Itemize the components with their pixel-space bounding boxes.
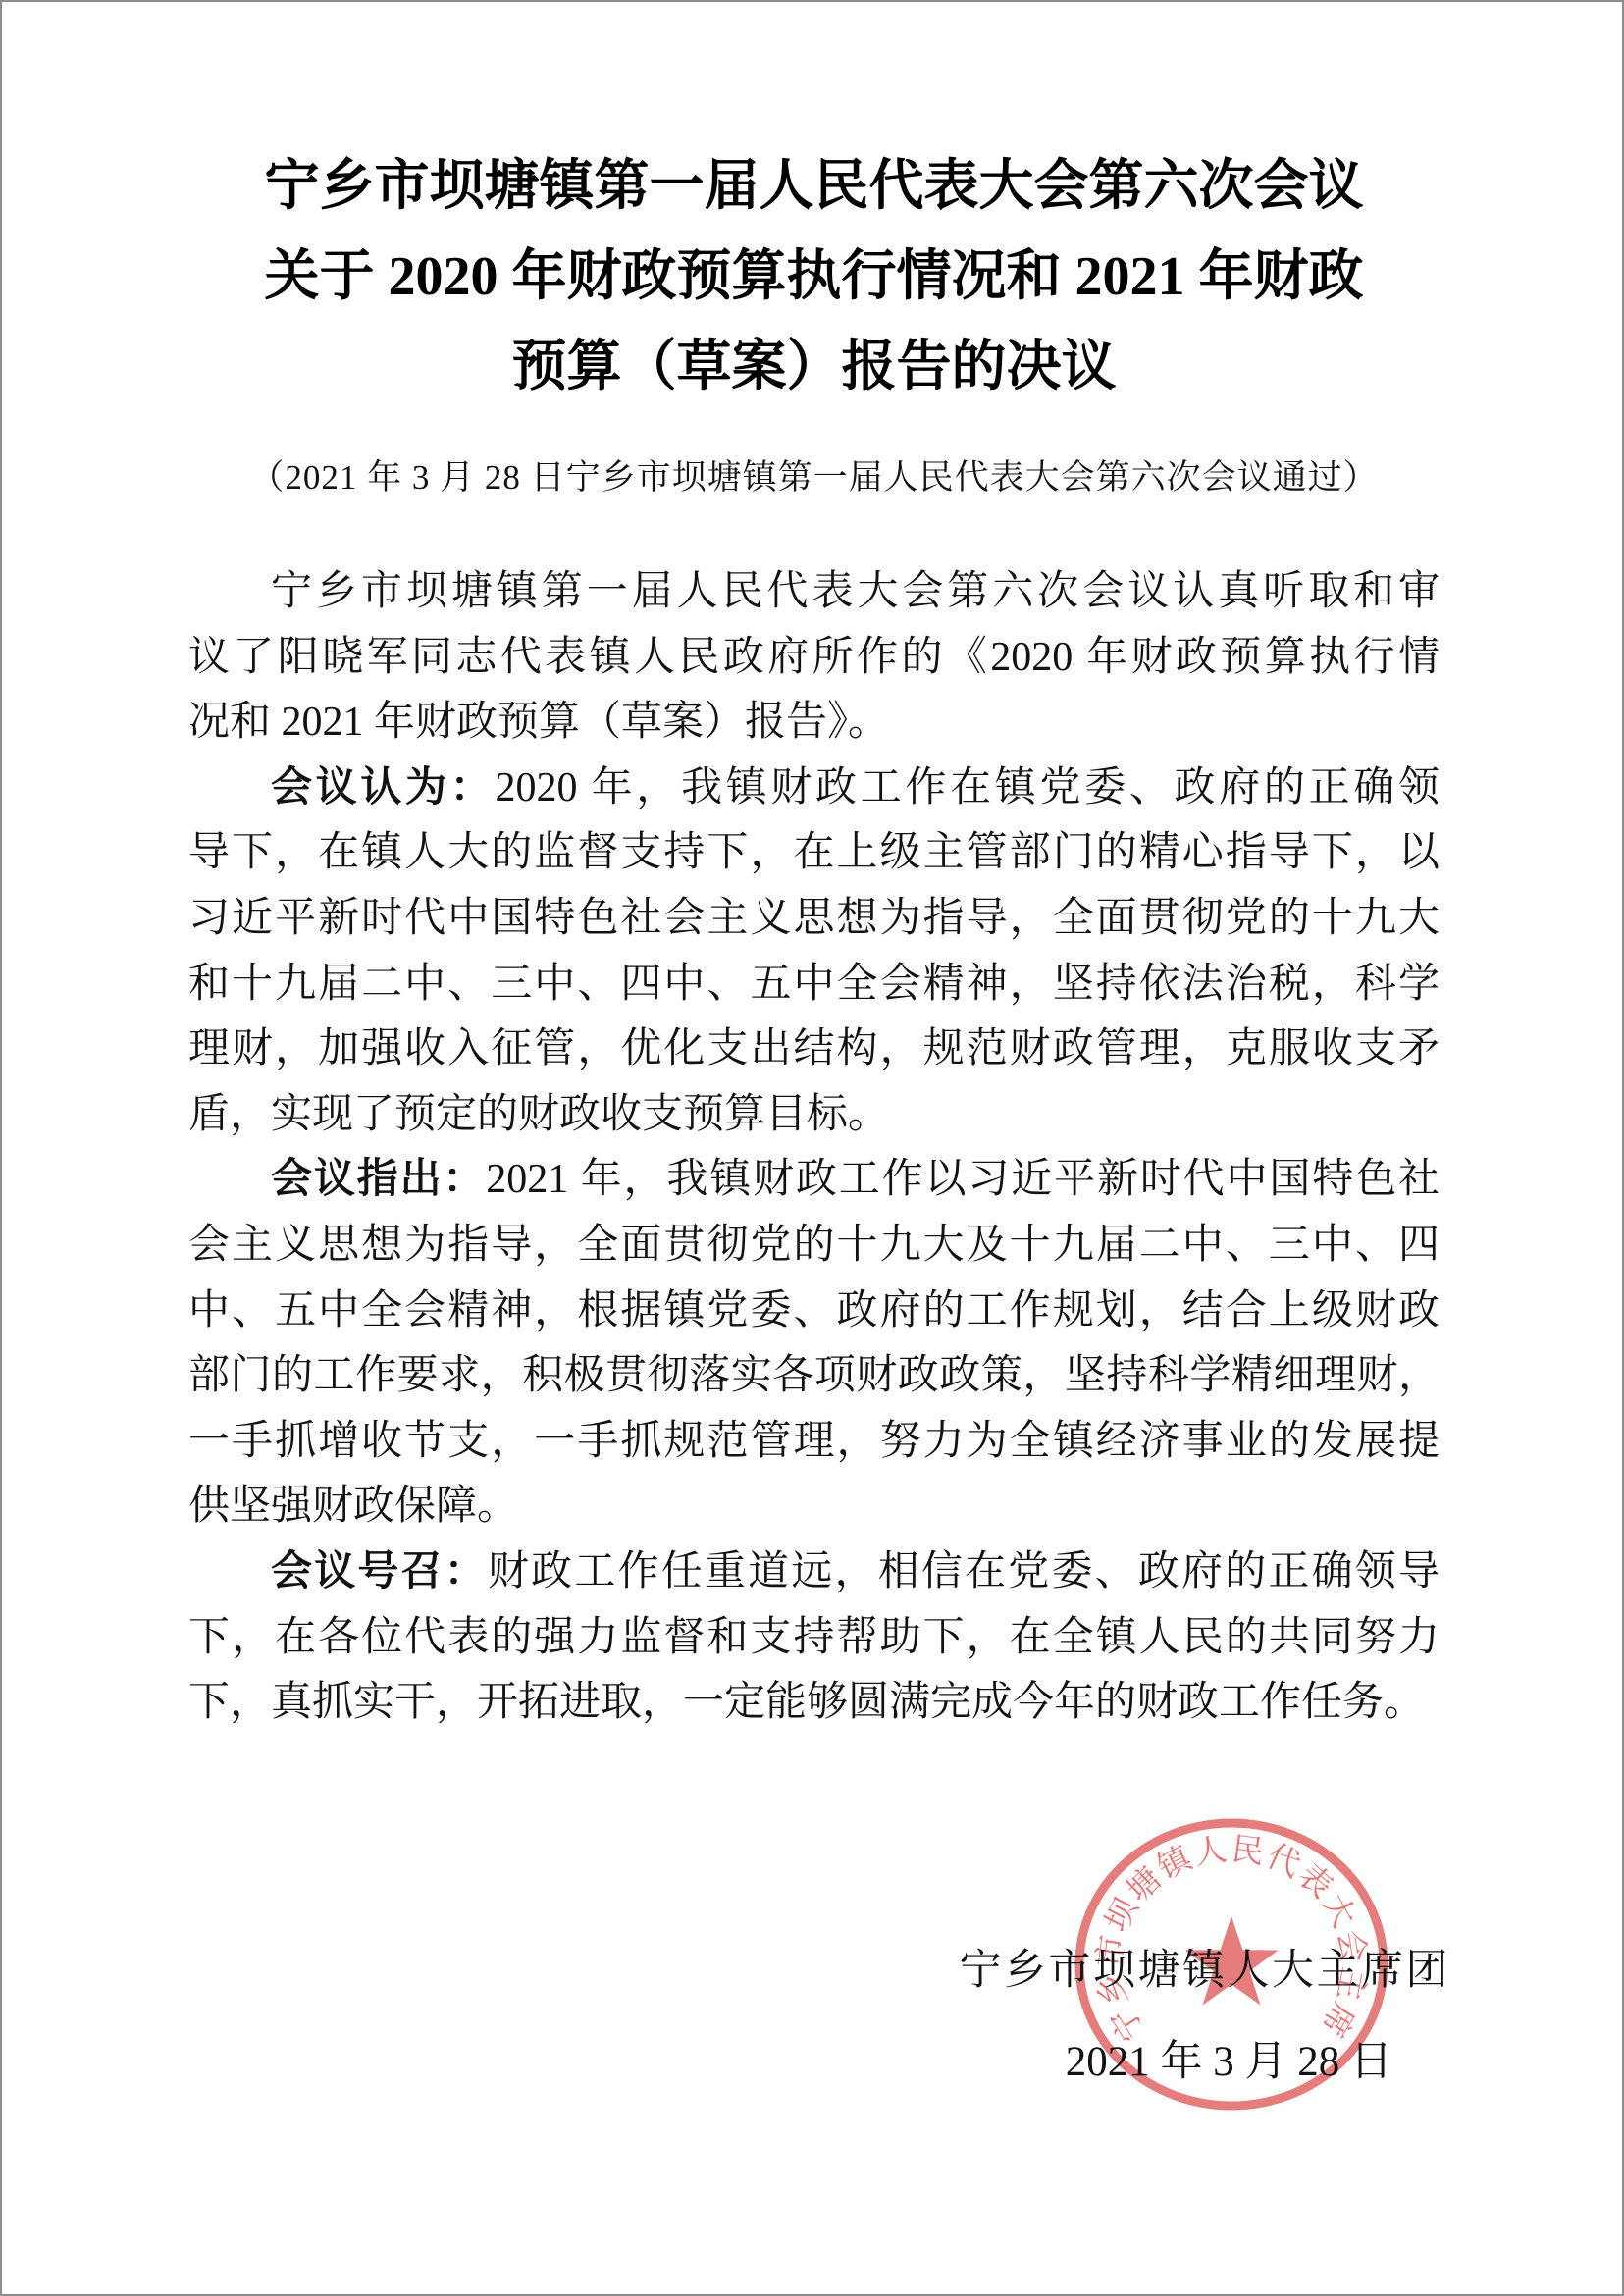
body-line: 一手抓增收节支，一手抓规范管理，努力为全镇经济事业的发展提 <box>188 1409 1440 1475</box>
svg-text:宁乡市坝塘镇人民代表大会主席团: 宁乡市坝塘镇人民代表大会主席团 <box>1074 1818 1372 2047</box>
paragraph-lead-zhichu: 会议指出： <box>271 1157 486 1202</box>
body-line: 导下，在镇人大的监督支持下，在上级主管部门的精心指导下，以 <box>188 820 1440 886</box>
body-line: 会主义思想为指导，全面贯彻党的十九大及十九届二中、三中、四 <box>188 1213 1440 1278</box>
subtitle: （2021 年 3 月 28 日宁乡市坝塘镇第一届人民代表大会第六次会议通过） <box>188 447 1440 507</box>
body-line: 下，真抓实干，开拓进取，一定能够圆满完成今年的财政工作任务。 <box>188 1670 1440 1736</box>
body-line-text: 2021 年，我镇财政工作以习近平新时代中国特色社 <box>486 1157 1440 1202</box>
body-line: 部门的工作要求，积极贯彻落实各项财政政策，坚持科学精细理财， <box>188 1343 1440 1409</box>
title-line-1: 宁乡市坝塘镇第一届人民代表大会第六次会议 <box>188 141 1440 232</box>
body-line-text: 2020 年，我镇财政工作在镇党委、政府的正确领 <box>495 765 1440 810</box>
document-body: 宁乡市坝塘镇第一届人民代表大会第六次会议认真听取和审 议了阳晓军同志代表镇人民政… <box>188 559 1440 1736</box>
signature-date: 2021 年 3 月 28 日 <box>1066 2028 1392 2088</box>
document-content: 宁乡市坝塘镇第一届人民代表大会第六次会议 关于 2020 年财政预算执行情况和 … <box>188 2 1440 1736</box>
paragraph-lead-haozhao: 会议号召： <box>271 1549 488 1594</box>
body-line: 宁乡市坝塘镇第一届人民代表大会第六次会议认真听取和审 <box>188 559 1440 625</box>
body-line-text: 财政工作任重道远，相信在党委、政府的正确领导 <box>488 1549 1440 1594</box>
signature-org: 宁乡市坝塘镇人大主席团 <box>960 1937 1451 1997</box>
document-title: 宁乡市坝塘镇第一届人民代表大会第六次会议 关于 2020 年财政预算执行情况和 … <box>188 141 1440 412</box>
seal-ring-text: 宁乡市坝塘镇人民代表大会主席团 <box>1074 1818 1372 2047</box>
body-line: 下，在各位代表的强力监督和支持帮助下，在全镇人民的共同努力 <box>188 1605 1440 1671</box>
paragraph-lead-renwei: 会议认为： <box>271 765 495 810</box>
document-page: 宁乡市坝塘镇第一届人民代表大会第六次会议 关于 2020 年财政预算执行情况和 … <box>0 0 1624 2296</box>
body-line: 和十九届二中、三中、四中、五中全会精神，坚持依法治税，科学 <box>188 952 1440 1018</box>
body-line: 习近平新时代中国特色社会主义思想为指导，全面贯彻党的十九大 <box>188 886 1440 952</box>
body-line: 盾，实现了预定的财政收支预算目标。 <box>188 1082 1440 1148</box>
body-line: 中、五中全会精神，根据镇党委、政府的工作规划，结合上级财政 <box>188 1278 1440 1344</box>
body-line: 理财，加强收入征管，优化支出结构，规范财政管理，克服收支矛 <box>188 1017 1440 1082</box>
title-line-3: 预算（草案）报告的决议 <box>188 322 1440 412</box>
body-line: 况和 2021 年财政预算（草案）报告》。 <box>188 690 1440 756</box>
body-line: 会议认为：2020 年，我镇财政工作在镇党委、政府的正确领 <box>188 756 1440 821</box>
body-line: 会议号召：财政工作任重道远，相信在党委、政府的正确领导 <box>188 1539 1440 1605</box>
body-line: 供坚强财政保障。 <box>188 1474 1440 1539</box>
body-line: 议了阳晓军同志代表镇人民政府所作的《2020 年财政预算执行情 <box>188 625 1440 691</box>
title-line-2: 关于 2020 年财政预算执行情况和 2021 年财政 <box>188 232 1440 322</box>
body-line: 会议指出：2021 年，我镇财政工作以习近平新时代中国特色社 <box>188 1147 1440 1213</box>
